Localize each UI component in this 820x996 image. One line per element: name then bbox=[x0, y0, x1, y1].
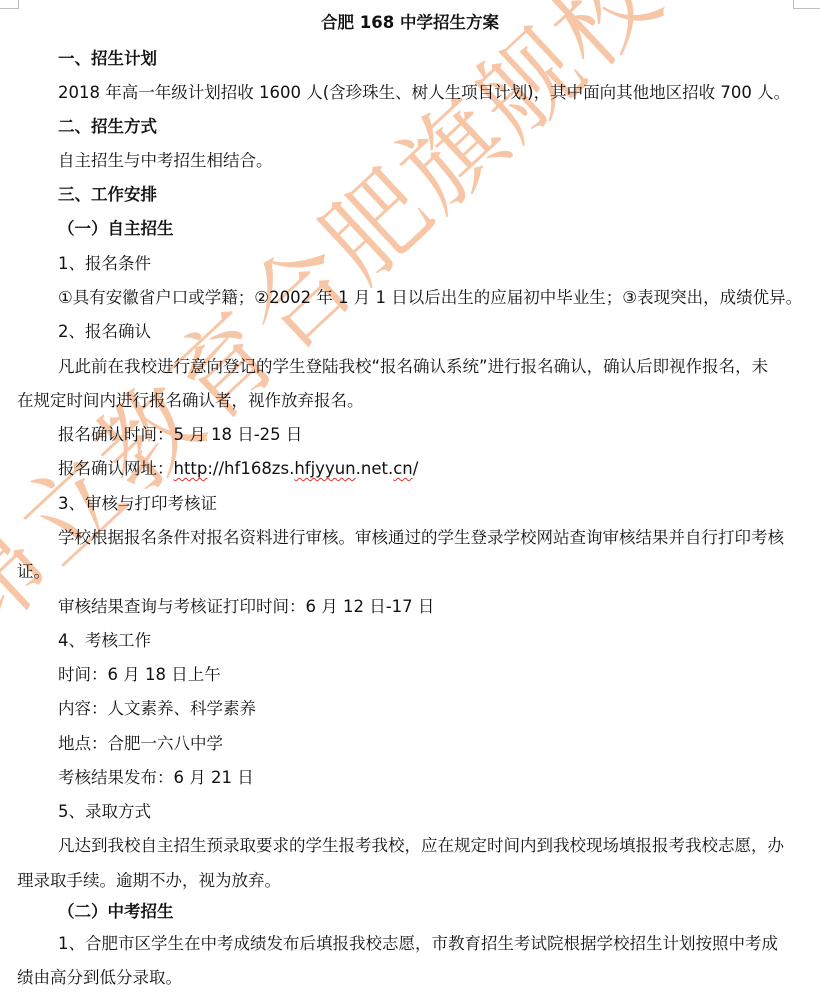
section-heading-method: 二、招生方式 bbox=[58, 116, 157, 138]
item-heading-exam: 4、考核工作 bbox=[58, 630, 151, 652]
item-body-confirm-line2: 在规定时间内进行报名确认者，视作放弃报名。 bbox=[17, 390, 364, 412]
crop-mark-top-right bbox=[793, 0, 820, 9]
item-body-admission-line2: 理录取手续。逾期不办，视为放弃。 bbox=[17, 870, 281, 892]
subsection-heading-independent: （一）自主招生 bbox=[58, 218, 174, 240]
url-segment: ://hf168zs. bbox=[207, 459, 294, 478]
zhongkao-item1-line2: 绩由高分到低分录取。 bbox=[17, 967, 182, 989]
item-heading-conditions: 1、报名条件 bbox=[58, 253, 151, 275]
item-body-admission-line1: 凡达到我校自主招生预录取要求的学生报考我校，应在规定时间内到我校现场填报报考我校… bbox=[58, 835, 784, 857]
url-segment: / bbox=[413, 459, 419, 478]
exam-result: 考核结果发布：6 月 21 日 bbox=[58, 767, 254, 789]
item-body-review-line1: 学校根据报名条件对报名资料进行审核。审核通过的学生登录学校网站查询审核结果并自行… bbox=[58, 527, 784, 549]
exam-time: 时间：6 月 18 日上午 bbox=[58, 664, 221, 686]
confirm-time: 报名确认时间：5 月 18 日-25 日 bbox=[58, 424, 302, 446]
confirm-url-label: 报名确认网址： bbox=[58, 459, 174, 478]
url-segment: .net. bbox=[356, 459, 394, 478]
spellcheck-word: hfjyyun bbox=[294, 459, 355, 478]
document-title: 合肥 168 中学招生方案 bbox=[0, 12, 820, 34]
confirm-time-value: 5 月 18 日-25 日 bbox=[174, 425, 303, 444]
exam-content: 内容：人文素养、科学素养 bbox=[58, 698, 256, 720]
exam-place: 地点：合肥一六八中学 bbox=[58, 733, 223, 755]
item-body-conditions: ①具有安徽省户口或学籍；②2002 年 1 月 1 日以后出生的应届初中毕业生；… bbox=[58, 287, 802, 309]
spellcheck-word: cn bbox=[393, 459, 413, 478]
confirm-time-label: 报名确认时间： bbox=[58, 425, 174, 444]
section-body-plan: 2018 年高一年级计划招收 1600 人(含珍珠生、树人生项目计划)，其中面向… bbox=[58, 82, 790, 104]
confirm-url: 报名确认网址：http://hf168zs.hfjyyun.net.cn/ bbox=[58, 458, 418, 480]
crop-mark-top-left bbox=[0, 0, 19, 9]
item-heading-review: 3、审核与打印考核证 bbox=[58, 493, 217, 515]
section-heading-schedule: 三、工作安排 bbox=[58, 184, 157, 206]
review-time: 审核结果查询与考核证打印时间：6 月 12 日-17 日 bbox=[58, 596, 434, 618]
item-body-review-line2: 证。 bbox=[17, 561, 50, 583]
zhongkao-item1-line1: 1、合肥市区学生在中考成绩发布后填报我校志愿，市教育招生考试院根据学校招生计划按… bbox=[58, 933, 778, 955]
item-heading-confirm: 2、报名确认 bbox=[58, 321, 151, 343]
item-body-confirm-line1: 凡此前在我校进行意向登记的学生登陆我校“报名确认系统”进行报名确认，确认后即视作… bbox=[58, 356, 768, 378]
section-heading-plan: 一、招生计划 bbox=[58, 48, 157, 70]
confirm-url-link[interactable]: http://hf168zs.hfjyyun.net.cn/ bbox=[174, 459, 419, 478]
spellcheck-word: http bbox=[174, 459, 208, 478]
section-body-method: 自主招生与中考招生相结合。 bbox=[58, 150, 273, 172]
subsection-heading-zhongkao: （二）中考招生 bbox=[58, 901, 174, 923]
item-heading-admission: 5、录取方式 bbox=[58, 801, 151, 823]
